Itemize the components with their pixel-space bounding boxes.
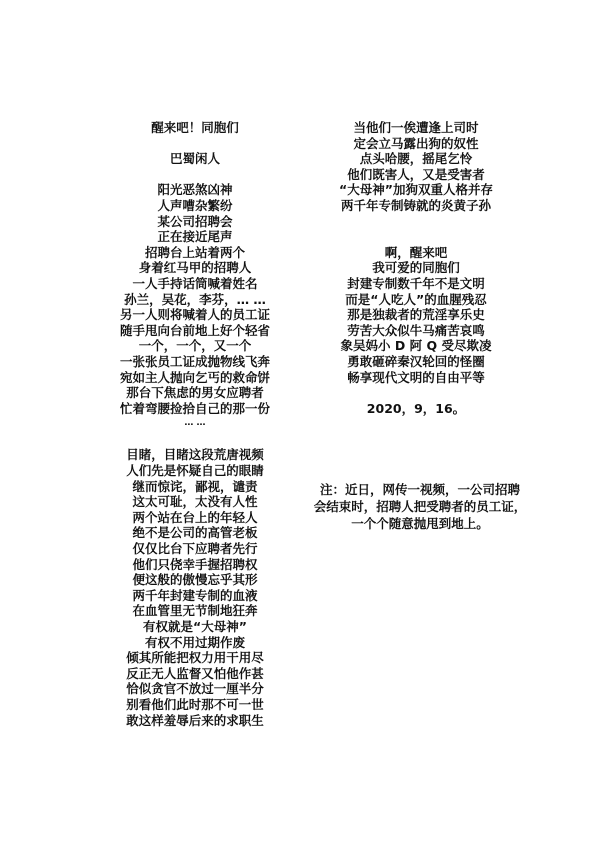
- poem-line: 有权不用过期作废: [80, 635, 310, 651]
- spacer: [80, 432, 310, 448]
- right-column: 当他们一俟遭逢上司时 定会立马露出狗的奴性 点头哈腰，摇尾乞怜 他们既害人，又是…: [300, 120, 532, 416]
- poem-line: 继而惊诧，鄙视，谴责: [80, 479, 310, 495]
- poem-line: 反正无人监督又怕他作甚: [80, 666, 310, 682]
- poem-line: 随手甩向台前地上好个轻省: [80, 323, 310, 339]
- poem-line: 一张张员工证成抛物线飞奔: [80, 354, 310, 370]
- poem-author: 巴蜀闲人: [80, 151, 310, 167]
- poem-title: 醒来吧！同胞们: [80, 120, 310, 136]
- poem-line: 而是“人吃人”的血腥残忍: [300, 292, 532, 308]
- poem-line: 人们先是怀疑自己的眼睛: [80, 463, 310, 479]
- poem-line: 勇敢砸碎秦汉轮回的怪圈: [300, 354, 532, 370]
- stanza-3: 当他们一俟遭逢上司时 定会立马露出狗的奴性 点头哈腰，摇尾乞怜 他们既害人，又是…: [300, 120, 532, 214]
- poem-line: 身着红马甲的招聘人: [80, 260, 310, 276]
- poem-line: 某公司招聘会: [80, 214, 310, 230]
- spacer: [300, 229, 532, 245]
- poem-line: 劳苦大众似牛马痛苦哀鸣: [300, 323, 532, 339]
- stanza-1: 阳光恶煞凶神 人声嘈杂繁纷 某公司招聘会 正在接近尾声 招聘台上站着两个 身着红…: [80, 182, 310, 432]
- poem-line: 孙兰，吴花，李芬，… …: [80, 292, 310, 308]
- poem-line: “大母神”加狗双重人格并存: [300, 182, 532, 198]
- spacer: [80, 136, 310, 152]
- poem-line: 别看他们此时那不可一世: [80, 697, 310, 713]
- poem-line: 定会立马露出狗的奴性: [300, 136, 532, 152]
- poem-line: 招聘台上站着两个: [80, 245, 310, 261]
- footnote-line: 会结束时，招聘人把受聘者的员工证，: [300, 498, 540, 515]
- poem-line: 这太可耻，太没有人性: [80, 494, 310, 510]
- poem-line: 恰似贪官不放过一厘半分: [80, 681, 310, 697]
- poem-line: 当他们一俟遭逢上司时: [300, 120, 532, 136]
- poem-line: 在血管里无节制地狂奔: [80, 603, 310, 619]
- poem-line: 人声嘈杂繁纷: [80, 198, 310, 214]
- poem-line: 有权就是“大母神”: [80, 619, 310, 635]
- poem-line: … …: [80, 416, 310, 432]
- poem-line: 畅享现代文明的自由平等: [300, 370, 532, 386]
- poem-line: 倾其所能把权力用干用尽: [80, 650, 310, 666]
- poem-line: 两千年专制铸就的炎黄子孙: [300, 198, 532, 214]
- poem-line: 便这般的傲慢忘乎其形: [80, 572, 310, 588]
- poem-line: 一个，一个，又一个: [80, 338, 310, 354]
- poem-line: 阳光恶煞凶神: [80, 182, 310, 198]
- stanza-2: 目睹，目睹这段荒唐视频 人们先是怀疑自己的眼睛 继而惊诧，鄙视，谴责 这太可耻，…: [80, 447, 310, 728]
- footnote-line: 一个个随意抛甩到地上。: [300, 515, 540, 532]
- poem-line: 另一人则将喊着人的员工证: [80, 307, 310, 323]
- footnote-line: 注：近日，网传一视频，一公司招聘: [300, 481, 540, 498]
- poem-line: 仅仅比台下应聘者先行: [80, 541, 310, 557]
- poem-line: 象吴妈小 D 阿 Q 受尽欺凌: [300, 338, 532, 354]
- poem-line: 那是独裁者的荒淫享乐史: [300, 307, 532, 323]
- spacer: [300, 214, 532, 230]
- poem-date: 2020，9，16。: [300, 401, 532, 417]
- footnote: 注：近日，网传一视频，一公司招聘 会结束时，招聘人把受聘者的员工证， 一个个随意…: [300, 481, 540, 532]
- spacer: [80, 167, 310, 183]
- poem-line: 一人手持话筒喊着姓名: [80, 276, 310, 292]
- poem-line: 两个站在台上的年轻人: [80, 510, 310, 526]
- spacer: [300, 385, 532, 401]
- poem-line: 那台下焦虑的男女应聘者: [80, 385, 310, 401]
- poem-line: 我可爱的同胞们: [300, 260, 532, 276]
- poem-line: 封建专制数千年不是文明: [300, 276, 532, 292]
- poem-line: 啊，醒来吧: [300, 245, 532, 261]
- poem-line: 两千年封建专制的血液: [80, 588, 310, 604]
- poem-line: 敢这样羞辱后来的求职生: [80, 713, 310, 729]
- poem-line: 他们既害人，又是受害者: [300, 167, 532, 183]
- poem-line: 目睹，目睹这段荒唐视频: [80, 447, 310, 463]
- poem-line: 他们只侥幸手握招聘权: [80, 557, 310, 573]
- poem-line: 点头哈腰，摇尾乞怜: [300, 151, 532, 167]
- poem-line: 宛如主人抛向乞丐的救命饼: [80, 370, 310, 386]
- poem-line: 绝不是公司的高管老板: [80, 525, 310, 541]
- left-column: 醒来吧！同胞们 巴蜀闲人 阳光恶煞凶神 人声嘈杂繁纷 某公司招聘会 正在接近尾声…: [80, 120, 310, 728]
- poem-line: 正在接近尾声: [80, 229, 310, 245]
- poem-line: 忙着弯腰捡拾自己的那一份: [80, 401, 310, 417]
- stanza-4: 啊，醒来吧 我可爱的同胞们 封建专制数千年不是文明 而是“人吃人”的血腥残忍 那…: [300, 245, 532, 385]
